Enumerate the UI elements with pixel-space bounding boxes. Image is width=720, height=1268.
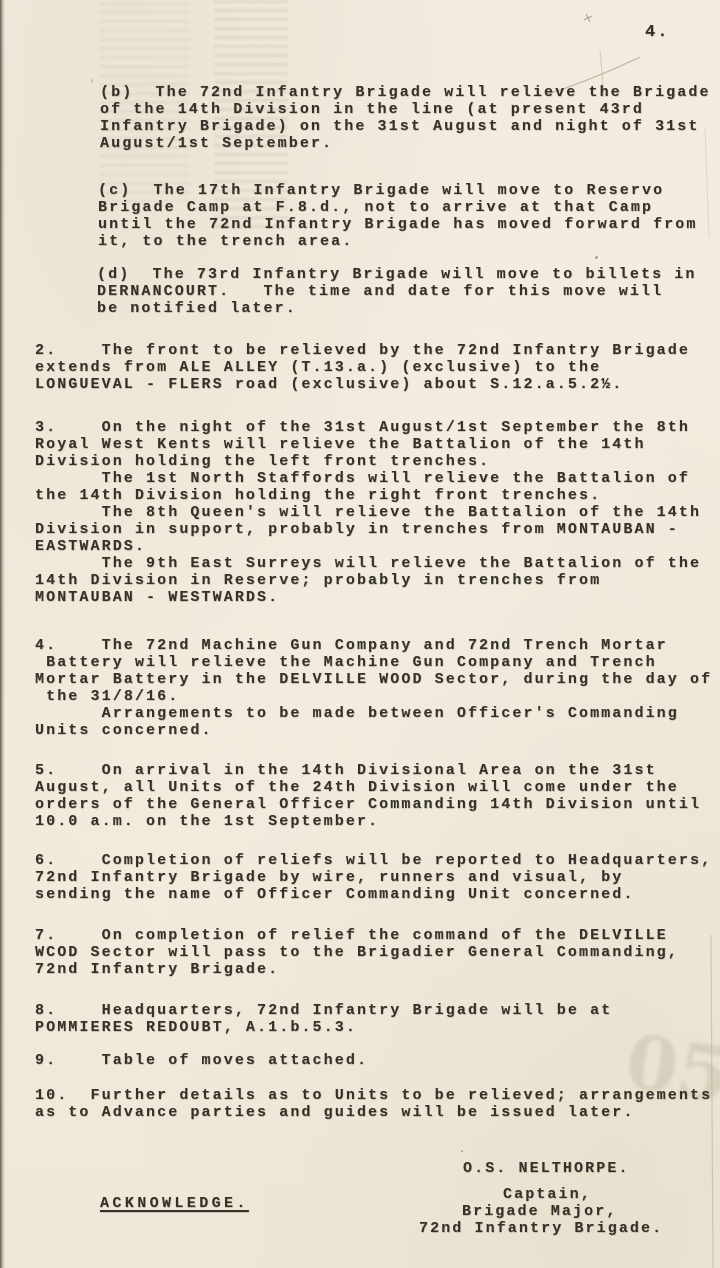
- page-number: 4.: [645, 24, 670, 41]
- paragraph-10: 10. Further details as to Units to be re…: [35, 1087, 712, 1121]
- paragraph-7: 7. On completion of relief the command o…: [35, 927, 679, 978]
- paragraph-4: 4. The 72nd Machine Gun Company and 72nd…: [35, 637, 712, 739]
- ink-speck: [595, 256, 598, 259]
- subitem-c: (c) The 17th Infantry Brigade will move …: [98, 182, 697, 250]
- subitem-d: (d) The 73rd Infantry Brigade will move …: [97, 266, 696, 317]
- scanned-document-page: { "page": { "number": "4.", "paper_color…: [0, 0, 720, 1268]
- paragraph-6: 6. Completion of reliefs will be reporte…: [35, 852, 712, 903]
- ink-speck: ’: [89, 80, 95, 91]
- paragraph-8: 8. Headquarters, 72nd Infantry Brigade w…: [35, 1002, 612, 1036]
- signature-rank: Captain,: [503, 1186, 592, 1203]
- subitem-b: (b) The 72nd Infantry Brigade will relie…: [100, 84, 711, 152]
- paragraph-9: 9. Table of moves attached.: [35, 1052, 368, 1069]
- paragraph-2: 2. The front to be relieved by the 72nd …: [35, 342, 690, 393]
- signature-role: Brigade Major,: [462, 1203, 617, 1220]
- scan-left-edge-shadow: [0, 0, 5, 1268]
- signature-unit: 72nd Infantry Brigade.: [419, 1220, 663, 1237]
- paragraph-5: 5. On arrival in the 14th Divisional Are…: [35, 762, 701, 830]
- signature-name: O.S. NELTHORPE.: [463, 1160, 630, 1177]
- paragraph-3: 3. On the night of the 31st August/1st S…: [35, 419, 701, 606]
- acknowledge-label: ACKNOWLEDGE.: [100, 1195, 249, 1212]
- ink-speck: [461, 1150, 463, 1152]
